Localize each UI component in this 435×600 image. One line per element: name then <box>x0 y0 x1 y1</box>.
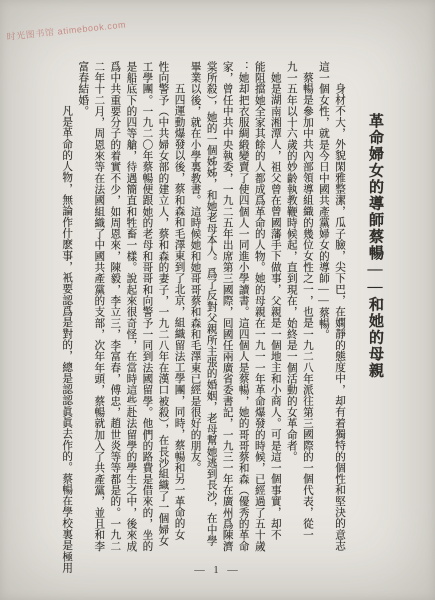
body-column: 五四運動爆發以後，蔡和森和毛澤東到了北京，組織留法工學團，同時，蔡暢和另一革命的… <box>170 61 186 585</box>
page-title: 革命婦女的導師蔡暢——和她的母親 <box>362 113 387 413</box>
body-column: 是船底下的四等艙，待遇簡直和牲畜一樣。說起來很奇怪，在當時這些赴法留學的學生之中… <box>122 61 138 563</box>
watermark-stamp: 时光图书馆 atimebook.com <box>6 17 127 42</box>
body-column: 九一五年以十六歲的妙齡執教鞭時候起，直到現在，始終是一個活動的女革命者。 <box>283 61 299 563</box>
body-column: 凡是革命的人物，無論作什麽事，衹要認爲是對的，總是認認眞眞去作的。蔡暢在學校裏是… <box>58 61 74 600</box>
body-column: 能阻擋她全家其餘的人都成爲革命的人物。她的母親在一九一一年革命爆發的時候，已經過… <box>251 61 267 563</box>
body-column: 工學團。一九二〇年蔡暢便跟她的老母和哥哥和向警予一同到法國留學。他們的路費是借來… <box>138 61 154 563</box>
body-column: 蔡暢是參加中共內部領導組織的幾位女性之一，也是一九二八年派往第三國際的一個代表，… <box>299 61 315 574</box>
page-number: — 1 — <box>0 565 435 576</box>
body-column: 畢業以後，就在小學裏教書。這時候她和她哥哥蔡和森和毛澤東已經是很好的朋友。 <box>187 61 203 563</box>
body-column: ：她却把衣服綢緞變賣了使四個人一同進小學讀書。這四個人是蔡暢，她的哥哥蔡和森（優… <box>235 61 251 563</box>
scanned-book-page: 时光图书馆 atimebook.com 革命婦女的導師蔡暢——和她的母親 身材不… <box>0 0 435 600</box>
body-column: 棠所殺），她的一個姊姊，和她老母本人。爲了反對父親所主張的婚姻，老母幫她逃到長沙… <box>203 61 219 563</box>
body-column: 家，曾任中共中央執委，一九二五年出席第三國際，囘國任兩廣省委書記，一九三一年在廣… <box>219 61 235 563</box>
body-column: 二年十二月，周恩來等在法國組織了中國共產黨的支部，次年年頭，蔡暢就加入了共產黨，… <box>90 61 106 563</box>
body-columns: 身材不大，外貌閑雅整潔，瓜子臉，尖下巴，在嫻靜的態度中，却有着獨特的個性和堅決的… <box>58 61 347 563</box>
body-column: 身材不大，外貌閑雅整潔，瓜子臉，尖下巴，在嫻靜的態度中，却有着獨特的個性和堅決的… <box>331 61 347 585</box>
body-column: 富春結婚。 <box>74 61 90 563</box>
body-column: 這一個女性，就是今日中國共產黨婦女的導師——蔡暢。 <box>315 61 331 563</box>
body-column: 性向警予（中共婦女部的建立人，蔡和森的妻子，一九二八年在漢口被殺），在長沙組織了… <box>154 61 170 563</box>
body-column: 她是湖南湘潭人，祖父曾在曾國藩手下做事，父親是一個地主和小商人。可是這一個事實，… <box>267 61 283 574</box>
body-column: 爲中共重要分子的着實不少，如周恩來，陳毅，李立三，李富春，傅忠，趙世炎等等都是的… <box>106 61 122 563</box>
